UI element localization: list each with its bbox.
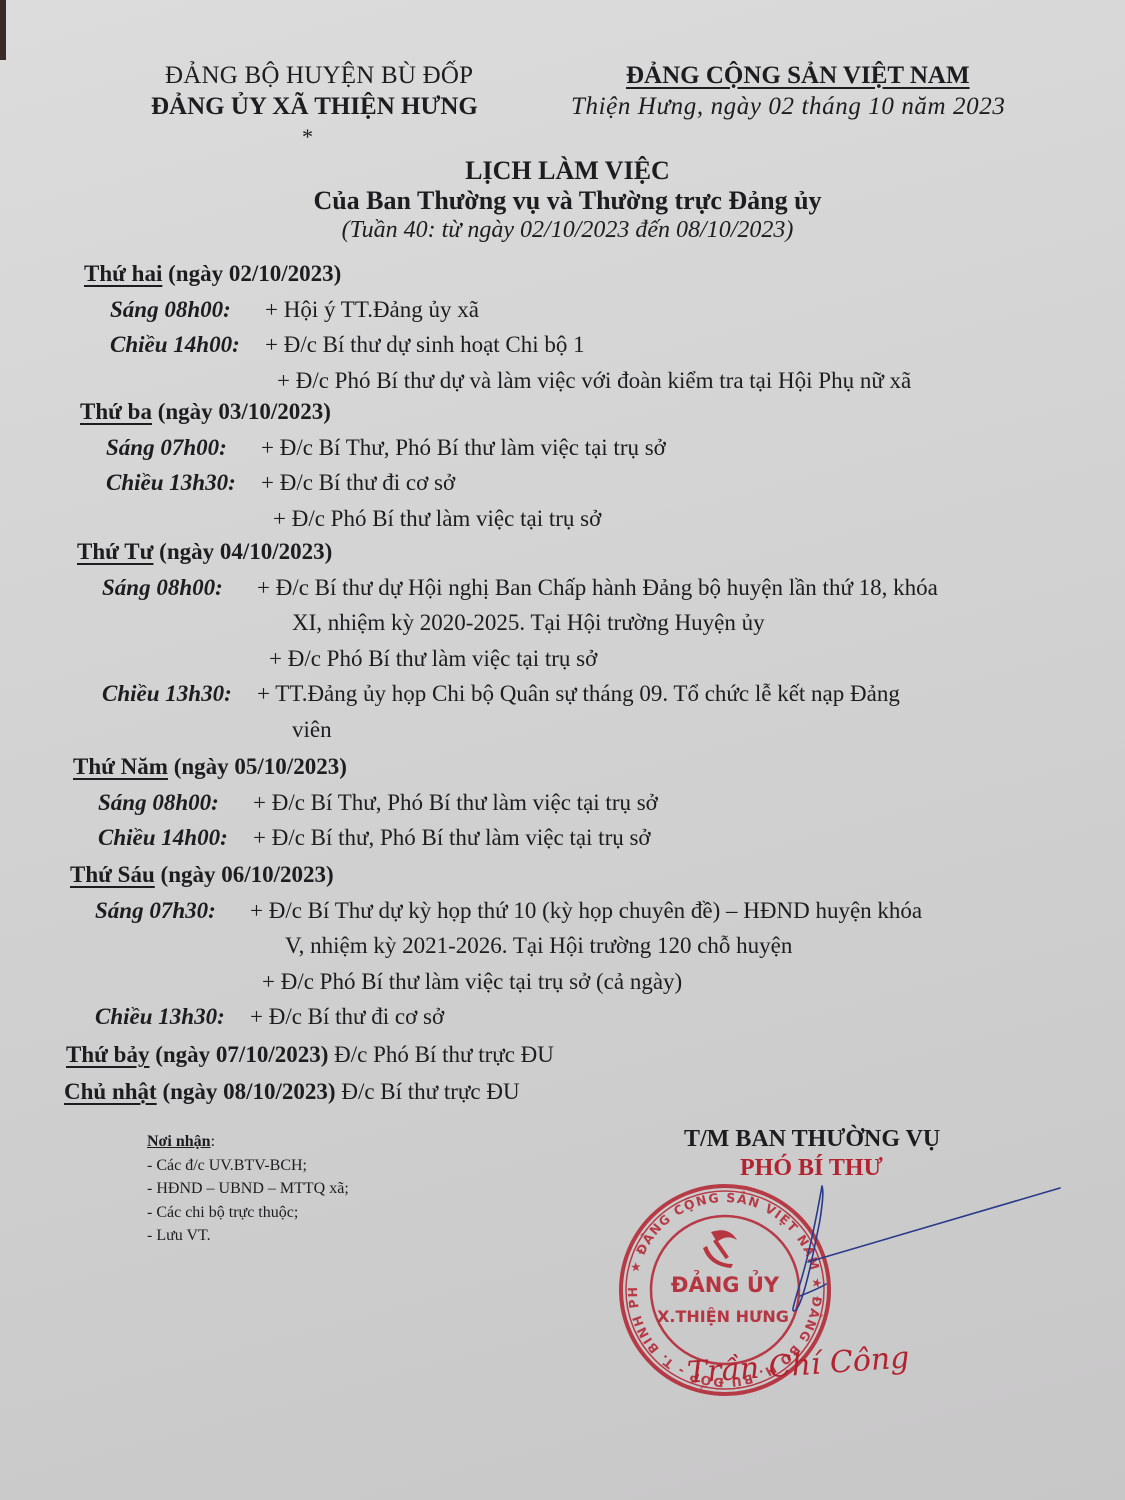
time-slot: Chiều 13h30: [95,1004,250,1030]
photo-edge [0,0,6,60]
document-subtitle: Của Ban Thường vụ và Thường trực Đảng ủy [5,186,1125,216]
day-date: (ngày 08/10/2023) [162,1079,335,1104]
week-range: (Tuần 40: từ ngày 02/10/2023 đến 08/10/2… [5,217,1125,244]
day-name: Thứ ba [80,399,152,424]
schedule-entry: Sáng 07h00:+ Đ/c Bí Thư, Phó Bí thư làm … [106,435,666,461]
activity-text: + Đ/c Bí Thư, Phó Bí thư làm việc tại tr… [261,435,666,460]
activity-text: + Đ/c Bí thư đi cơ sở [261,470,455,495]
time-slot: Sáng 07h30: [95,898,250,924]
issuer-parent: ĐẢNG BỘ HUYỆN BÙ ĐỐP [165,62,473,90]
schedule-entry: viên [292,717,332,743]
schedule-entry: Sáng 07h30:+ Đ/c Bí Thư dự kỳ họp thứ 10… [95,898,922,924]
document-title: LỊCH LÀM VIỆC [5,156,1125,186]
time-slot: Chiều 13h30: [102,681,257,707]
day-heading: Chủ nhật (ngày 08/10/2023) Đ/c Bí thư tr… [64,1079,520,1105]
duty-note: Đ/c Bí thư trực ĐU [341,1079,519,1104]
recipient-item: - Lưu VT. [147,1224,349,1248]
time-slot: Sáng 08h00: [98,790,253,816]
activity-text: + Đ/c Phó Bí thư làm việc tại trụ sở [273,506,601,531]
schedule-entry: V, nhiệm kỳ 2021-2026. Tại Hội trường 12… [285,933,792,959]
activity-text: V, nhiệm kỳ 2021-2026. Tại Hội trường 12… [285,933,792,958]
day-name: Thứ hai [84,261,162,286]
time-slot: Sáng 07h00: [106,435,261,461]
schedule-entry: Chiều 13h30:+ Đ/c Bí thư đi cơ sở [106,470,455,496]
activity-text: + Đ/c Phó Bí thư làm việc tại trụ sở (cả… [262,969,682,994]
day-name: Thứ Năm [73,754,168,779]
place-date: Thiện Hưng, ngày 02 tháng 10 năm 2023 [571,93,1005,121]
activity-text: + Đ/c Phó Bí thư làm việc tại trụ sở [269,646,597,671]
schedule-entry: + Đ/c Phó Bí thư làm việc tại trụ sở [269,646,597,672]
activity-text: + Đ/c Bí thư dự sinh hoạt Chi bộ 1 [265,332,585,357]
activity-text: + TT.Đảng ủy họp Chi bộ Quân sự tháng 09… [257,681,900,706]
activity-text: + Đ/c Bí thư, Phó Bí thư làm việc tại tr… [253,825,651,850]
day-heading: Thứ Tư (ngày 04/10/2023) [77,539,332,565]
schedule-entry: + Đ/c Phó Bí thư dự và làm việc với đoàn… [277,368,911,394]
recipient-item: - Các đ/c UV.BTV-BCH; [147,1154,349,1178]
party-name: ĐẢNG CỘNG SẢN VIỆT NAM [626,62,970,90]
activity-text: + Đ/c Bí Thư, Phó Bí thư làm việc tại tr… [253,790,658,815]
activity-text: viên [292,717,332,742]
day-heading: Thứ ba (ngày 03/10/2023) [80,399,331,425]
duty-note: Đ/c Phó Bí thư trực ĐU [334,1042,554,1067]
time-slot: Chiều 14h00: [98,825,253,851]
schedule-entry: Chiều 13h30:+ Đ/c Bí thư đi cơ sở [95,1004,444,1030]
schedule-entry: Chiều 14h00:+ Đ/c Bí thư dự sinh hoạt Ch… [110,332,585,358]
schedule-entry: + Đ/c Phó Bí thư làm việc tại trụ sở [273,506,601,532]
schedule-entry: Chiều 13h30:+ TT.Đảng ủy họp Chi bộ Quân… [102,681,900,707]
time-slot: Sáng 08h00: [110,297,265,323]
day-date: (ngày 07/10/2023) [155,1042,328,1067]
activity-text: + Đ/c Phó Bí thư dự và làm việc với đoàn… [277,368,911,393]
day-date: (ngày 06/10/2023) [161,862,334,887]
recipients-title: Nơi nhận [147,1133,211,1150]
schedule-entry: Sáng 08h00:+ Đ/c Bí thư dự Hội nghị Ban … [102,575,938,601]
day-date: (ngày 05/10/2023) [174,754,347,779]
day-name: Thứ Tư [77,539,153,564]
day-heading: Thứ Sáu (ngày 06/10/2023) [70,862,334,888]
day-heading: Thứ Năm (ngày 05/10/2023) [73,754,347,780]
recipients: Nơi nhận: - Các đ/c UV.BTV-BCH; - HĐND –… [147,1130,349,1248]
day-heading: Thứ bảy (ngày 07/10/2023) Đ/c Phó Bí thư… [66,1042,554,1068]
day-name: Chủ nhật [64,1079,157,1104]
time-slot: Chiều 13h30: [106,470,261,496]
day-date: (ngày 04/10/2023) [159,539,332,564]
activity-text: + Hội ý TT.Đảng ủy xã [265,297,479,322]
day-date: (ngày 03/10/2023) [158,399,331,424]
time-slot: Chiều 14h00: [110,332,265,358]
day-name: Thứ Sáu [70,862,155,887]
on-behalf-title: T/M BAN THƯỜNG VỤ [684,1126,940,1153]
recipient-item: - HĐND – UBND – MTTQ xã; [147,1177,349,1201]
day-date: (ngày 02/10/2023) [168,261,341,286]
day-heading: Thứ hai (ngày 02/10/2023) [84,261,341,287]
day-name: Thứ bảy [66,1042,149,1067]
schedule-entry: Sáng 08h00:+ Hội ý TT.Đảng ủy xã [110,297,479,323]
schedule-entry: + Đ/c Phó Bí thư làm việc tại trụ sở (cả… [262,969,682,995]
schedule-entry: Chiều 14h00:+ Đ/c Bí thư, Phó Bí thư làm… [98,825,651,851]
signer-position: PHÓ BÍ THƯ [740,1155,883,1182]
activity-text: + Đ/c Bí thư dự Hội nghị Ban Chấp hành Đ… [257,575,938,600]
issuer-name: ĐẢNG ỦY XÃ THIỆN HƯNG [151,93,478,121]
handwritten-signature-icon [760,1180,1090,1340]
time-slot: Sáng 08h00: [102,575,257,601]
schedule-entry: Sáng 08h00:+ Đ/c Bí Thư, Phó Bí thư làm … [98,790,658,816]
issuer-mark: * [302,124,313,150]
schedule-entry: XI, nhiệm kỳ 2020-2025. Tại Hội trường H… [292,610,765,636]
activity-text: + Đ/c Bí thư đi cơ sở [250,1004,444,1029]
activity-text: + Đ/c Bí Thư dự kỳ họp thứ 10 (kỳ họp ch… [250,898,922,923]
activity-text: XI, nhiệm kỳ 2020-2025. Tại Hội trường H… [292,610,765,635]
recipient-item: - Các chi bộ trực thuộc; [147,1201,349,1225]
